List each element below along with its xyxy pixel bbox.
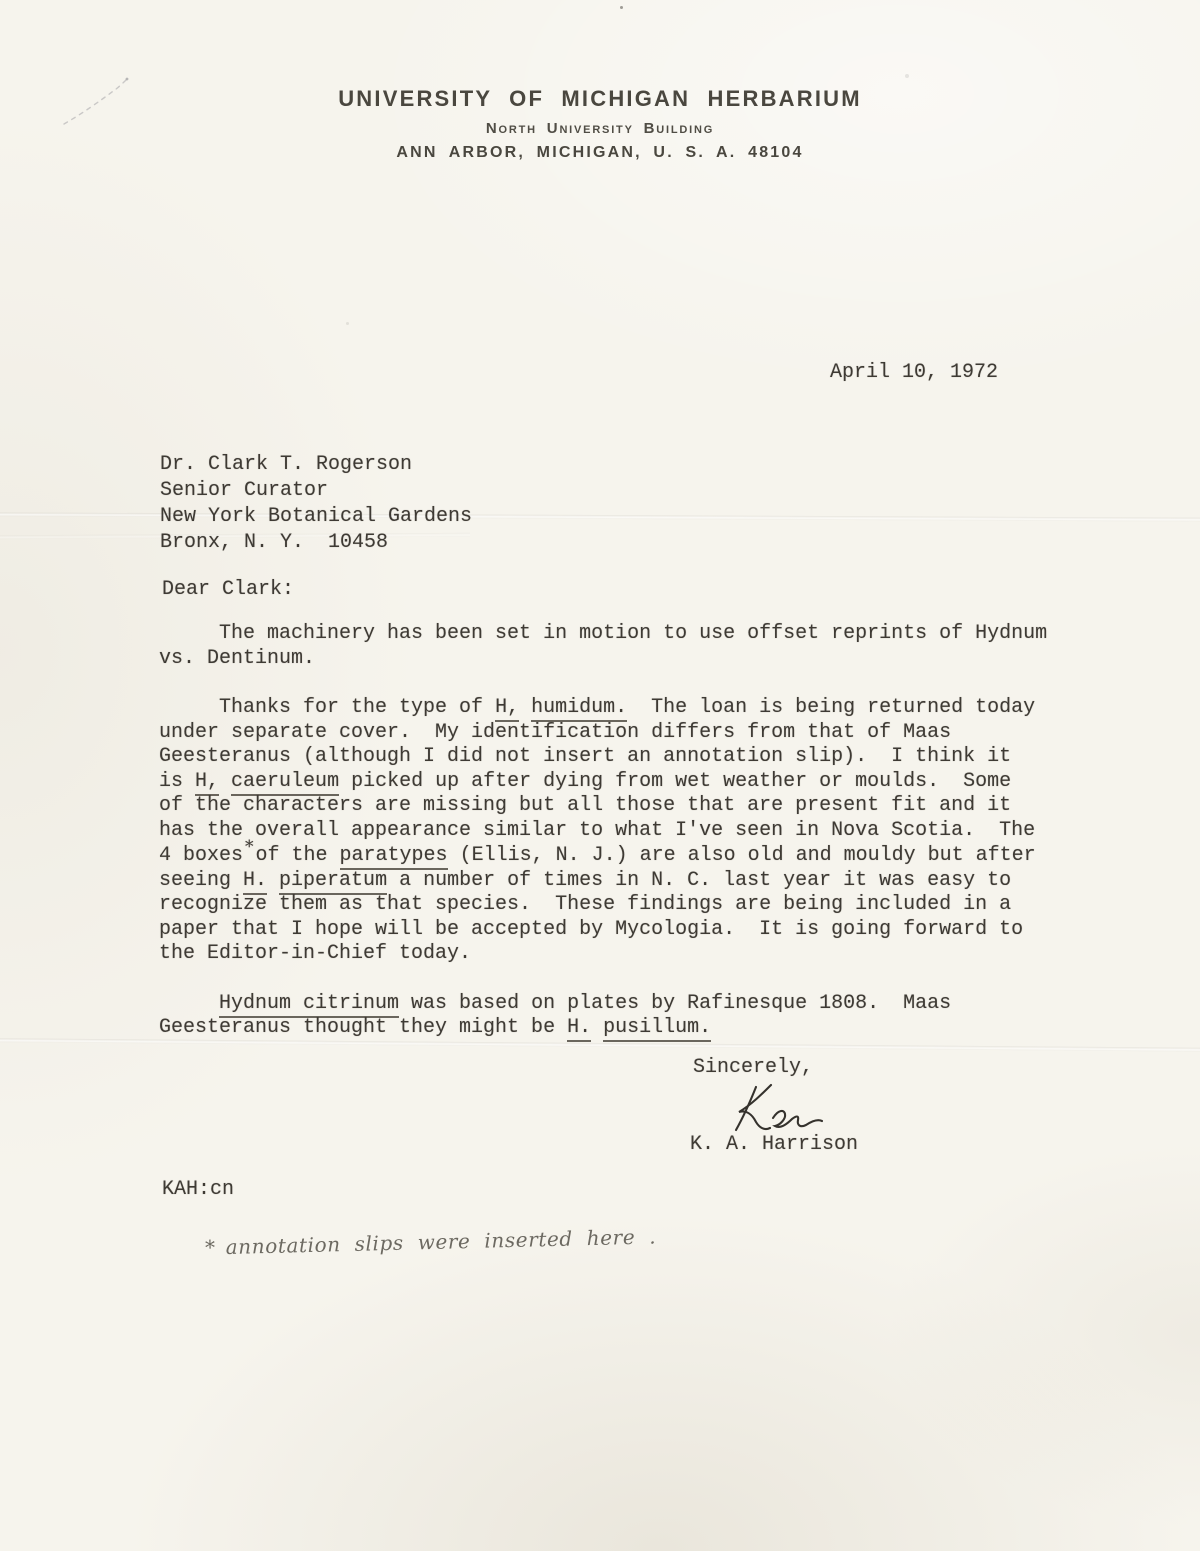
typed-line: of the characters are missing but all th… [159, 794, 1047, 819]
text-segment: Geesteranus (although I did not insert a… [159, 745, 1011, 768]
letterhead: UNIVERSITY OF MICHIGAN HERBARIUM North U… [0, 86, 1200, 162]
text-segment: (Ellis, N. J.) are also old and mouldy b… [448, 844, 1036, 867]
text-segment: has the overall appearance similar to wh… [159, 819, 1035, 842]
typed-line: Geesteranus (although I did not insert a… [159, 745, 1047, 770]
typed-signature-name: K. A. Harrison [690, 1133, 858, 1158]
typed-line: recognize them as that species. These fi… [159, 893, 1047, 918]
paragraph: Thanks for the type of H, humidum. The l… [159, 696, 1047, 967]
paragraph: The machinery has been set in motion to … [159, 622, 1047, 671]
underlined-term: paratypes [340, 844, 448, 870]
underlined-term: H. [243, 869, 267, 895]
recipient-title: Senior Curator [160, 478, 472, 504]
letterhead-address: ANN ARBOR, MICHIGAN, U. S. A. 48104 [0, 144, 1200, 162]
underlined-term: H. [567, 1016, 591, 1042]
text-segment: vs. Dentinum. [159, 647, 315, 670]
text-segment: paper that I hope will be accepted by My… [159, 918, 1023, 941]
text-segment: the Editor-in-Chief today. [159, 942, 471, 965]
signature-ken-handwritten [725, 1083, 825, 1138]
reference-initials: KAH:cn [162, 1178, 234, 1203]
typed-line: vs. Dentinum. [159, 647, 1047, 672]
underlined-term: humidum. [531, 696, 627, 722]
typed-line: The machinery has been set in motion to … [159, 622, 1047, 647]
letterhead-institution: UNIVERSITY OF MICHIGAN HERBARIUM [0, 86, 1200, 112]
underlined-term: H, [195, 770, 219, 796]
salutation: Dear Clark: [162, 578, 294, 603]
typed-line: paper that I hope will be accepted by My… [159, 918, 1047, 943]
text-segment: a number of times in N. C. last year it … [387, 869, 1011, 892]
footnote-asterisk: * [205, 1235, 216, 1259]
typed-line: Thanks for the type of H, humidum. The l… [159, 696, 1047, 721]
recipient-name: Dr. Clark T. Rogerson [160, 452, 472, 478]
footnote-text: annotation slips were inserted here . [225, 1224, 656, 1259]
text-segment: The machinery has been set in motion to … [159, 622, 1047, 645]
text-segment: recognize them as that species. These fi… [159, 893, 1011, 916]
text-segment [267, 869, 279, 892]
text-segment [519, 696, 531, 719]
letterhead-building: North University Building [0, 120, 1200, 137]
text-segment: was based on plates by Rafinesque 1808. … [399, 992, 951, 1015]
dust-speck [346, 322, 349, 325]
text-segment: seeing [159, 869, 243, 892]
underlined-term: piperatum [279, 869, 387, 895]
recipient-block: Dr. Clark T. Rogerson Senior Curator New… [160, 452, 472, 556]
underlined-term: pusillum. [603, 1016, 711, 1042]
text-segment [159, 992, 219, 1015]
scanned-letter-page: UNIVERSITY OF MICHIGAN HERBARIUM North U… [0, 0, 1200, 1551]
text-segment: 4 boxes [159, 844, 243, 867]
typed-line: has the overall appearance similar to wh… [159, 819, 1047, 844]
text-segment [219, 770, 231, 793]
text-segment: under separate cover. My identification … [159, 721, 951, 744]
text-segment: of the [256, 844, 340, 867]
text-segment: Geesteranus thought they might be [159, 1016, 567, 1039]
letter-body: The machinery has been set in motion to … [159, 622, 1047, 1041]
typed-line: Hydnum citrinum was based on plates by R… [159, 992, 1047, 1017]
typed-line: Geesteranus thought they might be H. pus… [159, 1016, 1047, 1041]
text-segment [591, 1016, 603, 1039]
text-segment: The loan is being returned today [627, 696, 1035, 719]
letter-date: April 10, 1972 [830, 361, 998, 386]
handwritten-footnote: *annotation slips were inserted here . [205, 1224, 657, 1259]
text-segment: Thanks for the type of [159, 696, 495, 719]
text-segment: picked up after dying from wet weather o… [339, 770, 1011, 793]
typed-line: is H, caeruleum picked up after dying fr… [159, 770, 1047, 795]
underlined-term: caeruleum [231, 770, 339, 796]
text-segment: of the characters are missing but all th… [159, 794, 1011, 817]
underlined-term: Hydnum citrinum [219, 992, 399, 1018]
typed-line: under separate cover. My identification … [159, 721, 1047, 746]
dust-speck [905, 74, 909, 78]
typed-line: the Editor-in-Chief today. [159, 942, 1047, 967]
handwritten-asterisk: * [245, 837, 254, 857]
recipient-institution: New York Botanical Gardens [160, 504, 472, 530]
recipient-city: Bronx, N. Y. 10458 [160, 530, 472, 556]
text-segment: is [159, 770, 195, 793]
typed-line: seeing H. piperatum a number of times in… [159, 869, 1047, 894]
underlined-term: H, [495, 696, 519, 722]
valediction: Sincerely, [693, 1056, 813, 1081]
typed-line: 4 boxes*of the paratypes (Ellis, N. J.) … [159, 843, 1047, 869]
dust-speck [620, 6, 623, 9]
paragraph: Hydnum citrinum was based on plates by R… [159, 992, 1047, 1041]
